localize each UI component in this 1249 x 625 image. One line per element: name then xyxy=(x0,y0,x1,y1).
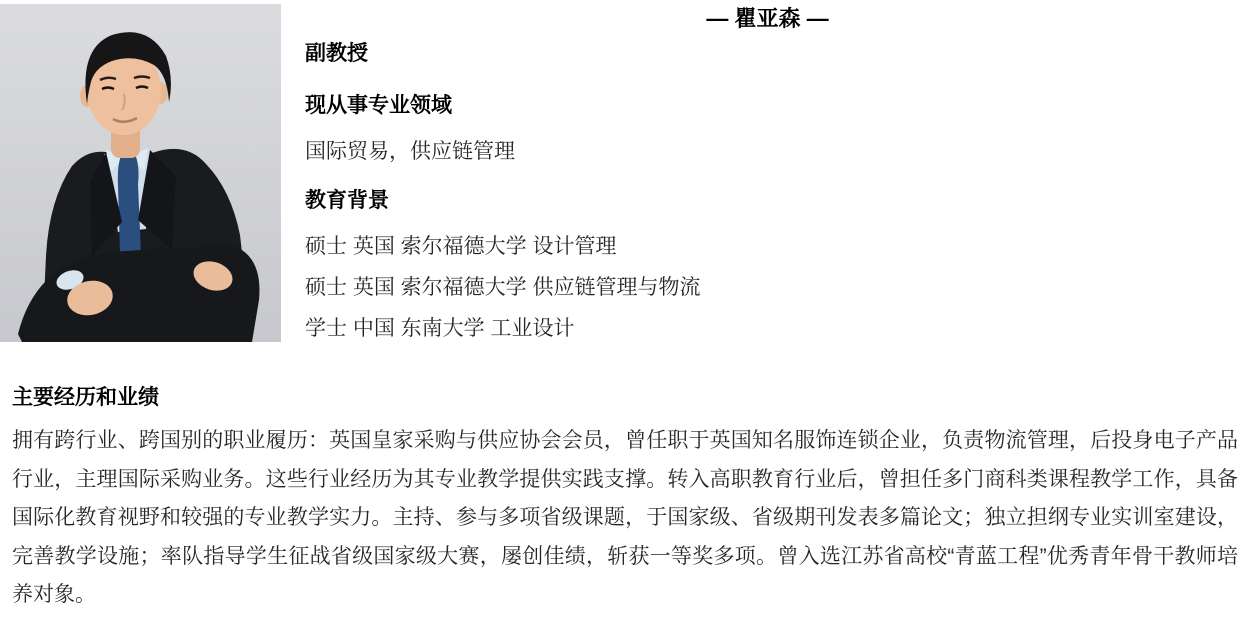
experience-content: 拥有跨行业、跨国别的职业履历：英国皇家采购与供应协会会员，曾任职于英国知名服饰连… xyxy=(12,422,1238,615)
education-item: 硕士 英国 索尔福德大学 设计管理 xyxy=(305,235,1230,259)
education-item: 学士 中国 东南大学 工业设计 xyxy=(305,317,1230,341)
profile-summary: — 瞿亚森 — 副教授 现从事专业领域 国际贸易，供应链管理 教育背景 硕士 英… xyxy=(305,0,1230,341)
experience-section: 主要经历和业绩 拥有跨行业、跨国别的职业履历：英国皇家采购与供应协会会员，曾任职… xyxy=(12,387,1238,615)
education-item: 硕士 英国 索尔福德大学 供应链管理与物流 xyxy=(305,276,1230,300)
portrait-photo-illustration xyxy=(0,4,281,342)
experience-heading: 主要经历和业绩 xyxy=(12,387,1238,409)
field-heading: 现从事专业领域 xyxy=(305,95,1230,117)
page-title: — 瞿亚森 — xyxy=(305,7,1230,31)
portrait-photo xyxy=(0,4,281,342)
job-title: 副教授 xyxy=(305,43,1230,65)
profile-page: — 瞿亚森 — 副教授 现从事专业领域 国际贸易，供应链管理 教育背景 硕士 英… xyxy=(0,0,1249,625)
education-heading: 教育背景 xyxy=(305,190,1230,212)
field-content: 国际贸易，供应链管理 xyxy=(305,140,1230,164)
